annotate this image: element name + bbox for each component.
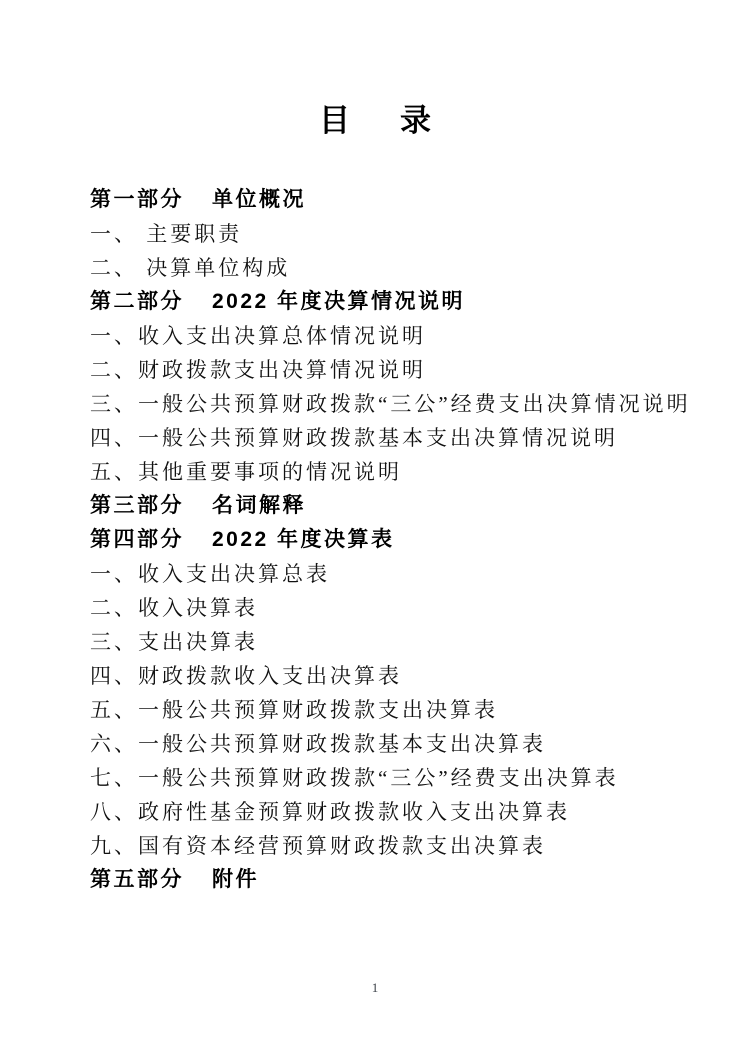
toc-item: 九、国有资本经营预算财政拨款支出决算表	[90, 829, 710, 863]
document-page: 目 录 第一部分单位概况 一、 主要职责 二、 决算单位构成 第二部分2022 …	[0, 0, 750, 1061]
toc-item: 三、一般公共预算财政拨款“三公”经费支出决算情况说明	[90, 387, 710, 421]
toc-item: 二、财政拨款支出决算情况说明	[90, 353, 710, 387]
toc-item: 七、一般公共预算财政拨款“三公”经费支出决算表	[90, 761, 710, 795]
toc-item: 八、政府性基金预算财政拨款收入支出决算表	[90, 795, 710, 829]
toc-part-title: 单位概况	[212, 188, 306, 211]
toc-part-title: 名词解释	[212, 494, 306, 517]
toc-item-text: 二、财政拨款支出决算情况说明	[90, 358, 426, 382]
toc-part-label: 第五部分	[90, 863, 212, 897]
page-number: 1	[0, 980, 750, 996]
table-of-contents: 第一部分单位概况 一、 主要职责 二、 决算单位构成 第二部分2022 年度决算…	[90, 183, 710, 897]
toc-item: 一、收入支出决算总表	[90, 557, 710, 591]
toc-item-text: 四、一般公共预算财政拨款基本支出决算情况说明	[90, 426, 618, 450]
page-title-char-2: 录	[400, 103, 431, 139]
toc-part-title: 附件	[212, 868, 259, 891]
toc-item-text: 二、收入决算表	[90, 596, 258, 620]
toc-item-text: 一、收入支出决算总体情况说明	[90, 324, 426, 348]
toc-item: 一、收入支出决算总体情况说明	[90, 319, 710, 353]
toc-item: 六、一般公共预算财政拨款基本支出决算表	[90, 727, 710, 761]
toc-item: 四、一般公共预算财政拨款基本支出决算情况说明	[90, 421, 710, 455]
toc-item: 三、支出决算表	[90, 625, 710, 659]
toc-part-label: 第二部分	[90, 285, 212, 319]
toc-part-heading: 第四部分2022 年度决算表	[90, 523, 710, 557]
toc-item: 二、收入决算表	[90, 591, 710, 625]
toc-part-heading: 第五部分附件	[90, 863, 710, 897]
toc-item-text: 六、一般公共预算财政拨款基本支出决算表	[90, 732, 546, 756]
toc-item-text: 二、 决算单位构成	[90, 256, 290, 280]
page-title: 目 录	[0, 103, 750, 139]
toc-item: 五、一般公共预算财政拨款支出决算表	[90, 693, 710, 727]
toc-part-title: 2022 年度决算情况说明	[212, 290, 465, 313]
toc-item: 五、其他重要事项的情况说明	[90, 455, 710, 489]
toc-item-text: 一、 主要职责	[90, 222, 242, 246]
toc-part-heading: 第二部分2022 年度决算情况说明	[90, 285, 710, 319]
toc-item-text: 五、一般公共预算财政拨款支出决算表	[90, 698, 498, 722]
toc-part-label: 第三部分	[90, 489, 212, 523]
toc-item-text: 五、其他重要事项的情况说明	[90, 460, 402, 484]
toc-item-text: 三、一般公共预算财政拨款“三公”经费支出决算情况说明	[90, 392, 691, 416]
toc-part-title: 2022 年度决算表	[212, 528, 395, 551]
toc-part-heading: 第三部分名词解释	[90, 489, 710, 523]
toc-part-heading: 第一部分单位概况	[90, 183, 710, 217]
toc-item-text: 七、一般公共预算财政拨款“三公”经费支出决算表	[90, 766, 619, 790]
toc-item: 二、 决算单位构成	[90, 251, 710, 285]
toc-item-text: 九、国有资本经营预算财政拨款支出决算表	[90, 834, 546, 858]
toc-item-text: 四、财政拨款收入支出决算表	[90, 664, 402, 688]
toc-item: 一、 主要职责	[90, 217, 710, 251]
toc-item-text: 一、收入支出决算总表	[90, 562, 330, 586]
toc-item: 四、财政拨款收入支出决算表	[90, 659, 710, 693]
page-title-char-1: 目	[319, 103, 350, 139]
toc-part-label: 第一部分	[90, 183, 212, 217]
toc-item-text: 三、支出决算表	[90, 630, 258, 654]
toc-part-label: 第四部分	[90, 523, 212, 557]
toc-item-text: 八、政府性基金预算财政拨款收入支出决算表	[90, 800, 570, 824]
